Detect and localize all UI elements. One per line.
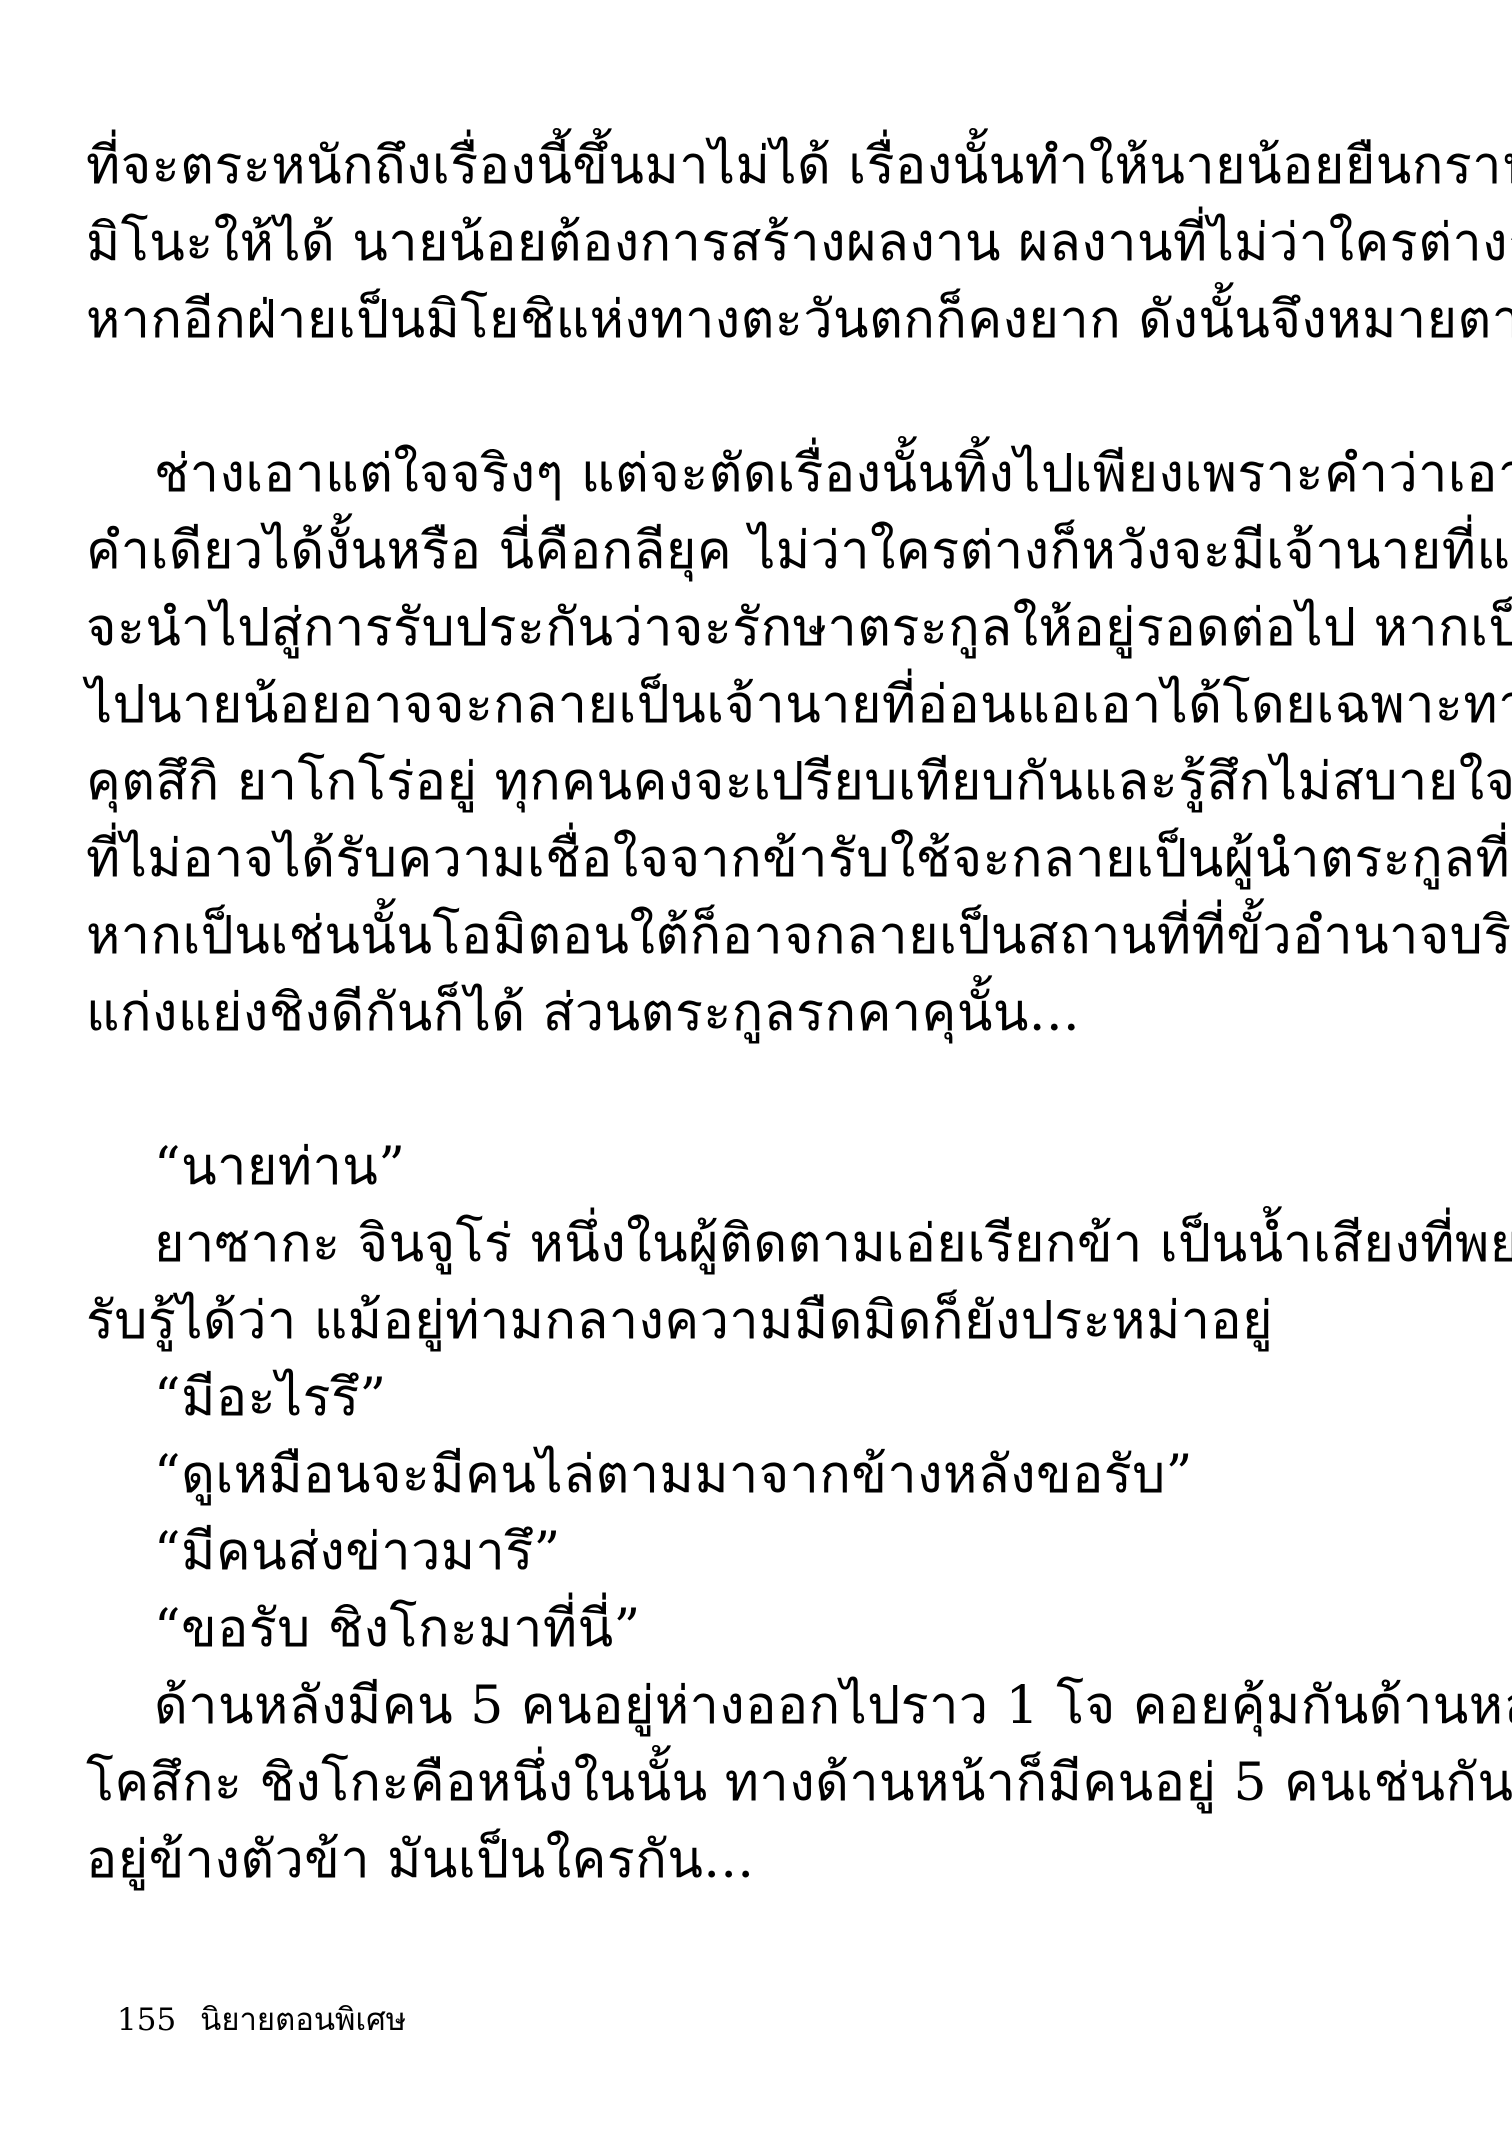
paragraph-gap: [86, 1052, 1434, 1129]
text-line: คำเดียวได้งั้นหรือ นี่คือกลียุค ไม่ว่าใค…: [86, 513, 1434, 590]
text-line: หากอีกฝ่ายเป็นมิโยชิแห่งทางตะวันตกก็คงยา…: [86, 282, 1434, 359]
text-line: โคสึกะ ชิงโกะคือหนึ่งในนั้น ทางด้านหน้าก…: [86, 1745, 1434, 1822]
dialogue-line: “มีอะไรรึ”: [86, 1360, 1434, 1437]
paragraph-dialogue-3: “ดูเหมือนจะมีคนไล่ตามมาจากข้างหลังขอรับ”: [86, 1437, 1434, 1514]
paragraph-dialogue-1: “นายท่าน”: [86, 1129, 1434, 1206]
page-body-text: ที่จะตระหนักถึงเรื่องนี้ขึ้นมาไม่ได้ เรื…: [86, 128, 1434, 1899]
paragraph-narrative-2: ช่างเอาแต่ใจจริงๆ แต่จะตัดเรื่องนั้นทิ้ง…: [86, 436, 1434, 1052]
text-line: ยาซากะ จินจูโร่ หนึ่งในผู้ติดตามเอ่ยเรีย…: [86, 1206, 1434, 1283]
text-line: ไปนายน้อยอาจจะกลายเป็นเจ้านายที่อ่อนแอเอ…: [86, 667, 1434, 744]
text-line: แก่งแย่งชิงดีกันก็ได้ ส่วนตระกูลรกคาคุนั…: [86, 975, 1434, 1052]
text-line: คุตสึกิ ยาโกโร่อยู่ ทุกคนคงจะเปรียบเทียบ…: [86, 744, 1434, 821]
dialogue-line: “มีคนส่งข่าวมารึ”: [86, 1514, 1434, 1591]
section-title: นิยายตอนพิเศษ: [200, 2000, 406, 2040]
paragraph-dialogue-2: “มีอะไรรึ”: [86, 1360, 1434, 1437]
page-footer: 155 นิยายตอนพิเศษ: [117, 2000, 406, 2040]
text-line: ที่ไม่อาจได้รับความเชื่อใจจากข้ารับใช้จะ…: [86, 821, 1434, 898]
text-line: ด้านหลังมีคน 5 คนอยู่ห่างออกไปราว 1 โจ ค…: [86, 1668, 1434, 1745]
paragraph-narrative-1: ที่จะตระหนักถึงเรื่องนี้ขึ้นมาไม่ได้ เรื…: [86, 128, 1434, 359]
paragraph-dialogue-4: “มีคนส่งข่าวมารึ”: [86, 1514, 1434, 1591]
paragraph-dialogue-5: “ขอรับ ชิงโกะมาที่นี่”: [86, 1591, 1434, 1668]
page-number: 155: [117, 2000, 176, 2040]
text-line: อยู่ข้างตัวข้า มันเป็นใครกัน...: [86, 1822, 1434, 1899]
text-line: จะนำไปสู่การรับประกันว่าจะรักษาตระกูลให้…: [86, 590, 1434, 667]
text-line: ที่จะตระหนักถึงเรื่องนี้ขึ้นมาไม่ได้ เรื…: [86, 128, 1434, 205]
text-line: รับรู้ได้ว่า แม้อยู่ท่ามกลางความมืดมิดก็…: [86, 1283, 1434, 1360]
text-line: ช่างเอาแต่ใจจริงๆ แต่จะตัดเรื่องนั้นทิ้ง…: [86, 436, 1434, 513]
book-page: ที่จะตระหนักถึงเรื่องนี้ขึ้นมาไม่ได้ เรื…: [0, 0, 1512, 2150]
dialogue-line: “นายท่าน”: [86, 1129, 1434, 1206]
paragraph-narrative-3: ยาซากะ จินจูโร่ หนึ่งในผู้ติดตามเอ่ยเรีย…: [86, 1206, 1434, 1360]
paragraph-gap: [86, 359, 1434, 436]
paragraph-narrative-4: ด้านหลังมีคน 5 คนอยู่ห่างออกไปราว 1 โจ ค…: [86, 1668, 1434, 1899]
dialogue-line: “ขอรับ ชิงโกะมาที่นี่”: [86, 1591, 1434, 1668]
dialogue-line: “ดูเหมือนจะมีคนไล่ตามมาจากข้างหลังขอรับ”: [86, 1437, 1434, 1514]
text-line: หากเป็นเช่นนั้นโอมิตอนใต้ก็อาจกลายเป็นสถ…: [86, 898, 1434, 975]
text-line: มิโนะให้ได้ นายน้อยต้องการสร้างผลงาน ผลง…: [86, 205, 1434, 282]
